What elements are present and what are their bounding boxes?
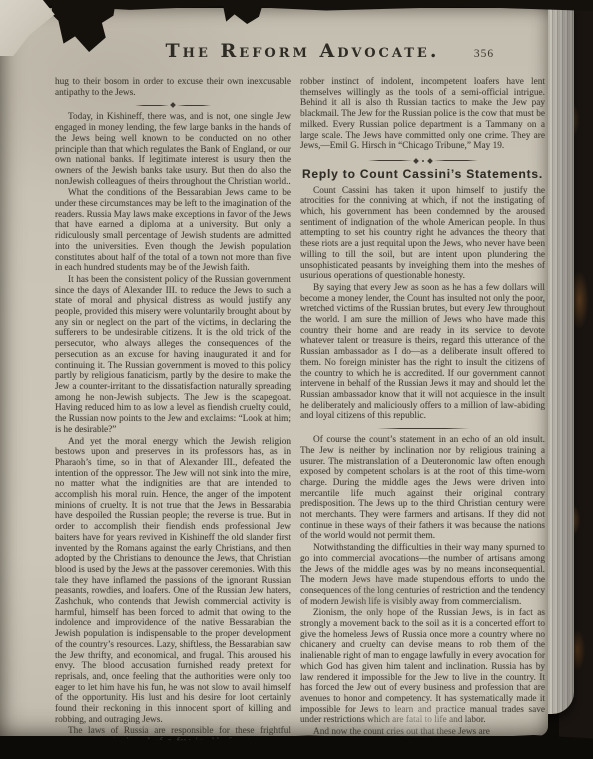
section-divider — [300, 428, 545, 429]
paragraph: Count Cassini has taken it upon himself … — [300, 186, 545, 282]
paragraph: Zionism, the only hope of the Russian Je… — [300, 608, 545, 726]
diamond-ornament-icon — [427, 158, 433, 164]
divider-line — [177, 105, 211, 106]
paragraph: It has been the consistent policy of the… — [55, 275, 291, 436]
left-column: hug to their bosom in order to excuse th… — [55, 77, 291, 759]
ornament-divider — [300, 159, 545, 163]
paragraph: Notwithstanding the difficulties in thei… — [300, 543, 545, 607]
section-divider — [55, 103, 291, 107]
paragraph: Today, in Kishineff, there was, and is n… — [55, 112, 291, 187]
paragraph: hug to their bosom in order to excuse th… — [55, 77, 291, 98]
diamond-ornament-icon — [170, 103, 176, 109]
divider-line — [368, 160, 412, 161]
divider-line — [434, 160, 478, 161]
page-paper: The Reform Advocate. 356 hug to their bo… — [0, 8, 548, 736]
bottom-shadow-edge — [0, 734, 593, 759]
book-scan: The Reform Advocate. 356 hug to their bo… — [0, 0, 593, 759]
paragraph: And now the count cries out that these J… — [300, 727, 545, 738]
right-column: robber instinct of indolent, incompetent… — [300, 77, 545, 759]
paragraph: robber instinct of indolent, incompetent… — [300, 77, 545, 152]
paragraph: By saying that every Jew as soon as he h… — [300, 283, 545, 422]
divider-line — [135, 105, 169, 106]
paragraph: Of course the count’s statement in an ec… — [300, 435, 545, 542]
page-number: 356 — [460, 48, 508, 60]
text-columns: hug to their bosom in order to excuse th… — [0, 70, 548, 759]
paragraph: What the conditions of the Bessarabian J… — [55, 188, 291, 274]
dot-ornament-icon — [422, 160, 424, 162]
diamond-ornament-icon — [413, 158, 419, 164]
divider-line — [377, 428, 469, 429]
article-heading: Reply to Count Cassini’s Statements. — [300, 169, 545, 180]
paragraph: And yet the moral energy which the Jewis… — [55, 437, 291, 726]
